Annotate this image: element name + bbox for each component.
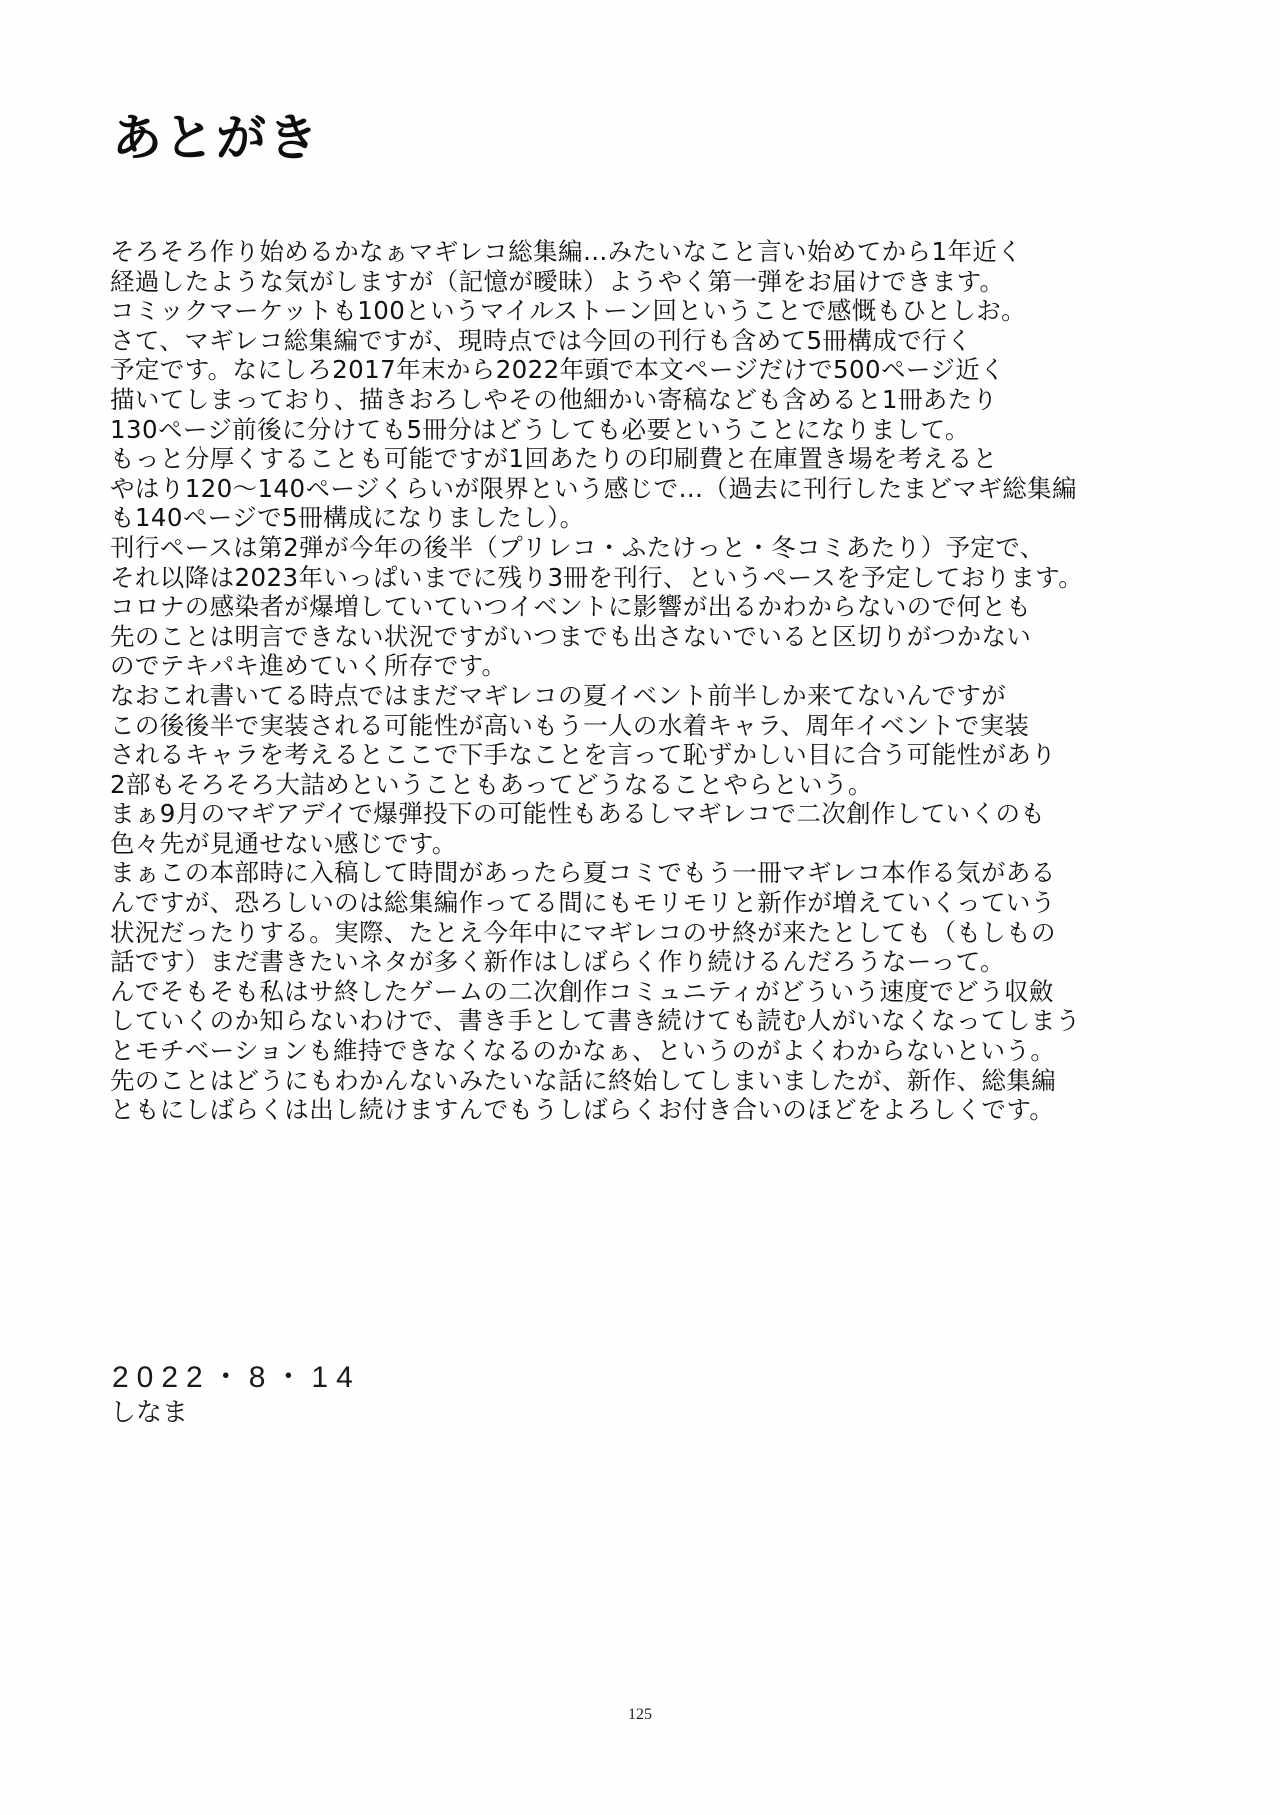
body-line: していくのか知らないわけで、書き手として書き続けても読む人がいなくなってしまう [110,1006,1190,1036]
body-line: 刊行ペースは第2弾が今年の後半（プリレコ・ふたけっと・冬コミあたり）予定で、 [110,533,1190,563]
body-line: コロナの感染者が爆増していていつイベントに影響が出るかわからないので何とも [110,592,1190,622]
body-line: コミックマーケットも100というマイルストーン回ということで感慨もひとしお。 [110,296,1190,326]
afterword-body: そろそろ作り始めるかなぁマギレコ総集編…みたいなこと言い始めてから1年近く 経過… [110,237,1190,1125]
body-line: そろそろ作り始めるかなぁマギレコ総集編…みたいなこと言い始めてから1年近く [110,237,1190,267]
body-line: 描いてしまっており、描きおろしやその他細かい寄稿なども含めると1冊あたり [110,385,1190,415]
body-line: 2部もそろそろ大詰めということもあってどうなることやらという。 [110,770,1190,800]
body-line: まぁ9月のマギアデイで爆弾投下の可能性もあるしマギレコで二次創作していくのも [110,799,1190,829]
page-number: 125 [0,1705,1280,1725]
document-page: あとがき そろそろ作り始めるかなぁマギレコ総集編…みたいなこと言い始めてから1年… [0,0,1280,1815]
body-line: もっと分厚くすることも可能ですが1回あたりの印刷費と在庫置き場を考えると [110,444,1190,474]
body-line: なおこれ書いてる時点ではまだマギレコの夏イベント前半しか来てないんですが [110,681,1190,711]
body-line: 予定です。なにしろ2017年末から2022年頭で本文ページだけで500ページ近く [110,355,1190,385]
body-line: 先のことは明言できない状況ですがいつまでも出さないでいると区切りがつかない [110,622,1190,652]
body-line: 先のことはどうにもわかんないみたいな話に終始してしまいましたが、新作、総集編 [110,1066,1190,1096]
page-title: あとがき [112,108,320,168]
body-line: 話です）まだ書きたいネタが多く新作はしばらく作り続けるんだろうなーって。 [110,947,1190,977]
body-line: 130ページ前後に分けても5冊分はどうしても必要ということになりまして。 [110,415,1190,445]
body-line: んですが、恐ろしいのは総集編作ってる間にもモリモリと新作が増えていくっていう [110,888,1190,918]
body-line: それ以降は2023年いっぱいまでに残り3冊を刊行、というペースを予定しております… [110,563,1190,593]
body-line: のでテキパキ進めていく所存です。 [110,651,1190,681]
body-line: まぁこの本部時に入稿して時間があったら夏コミでもう一冊マギレコ本作る気がある [110,858,1190,888]
signature-date: 2022・8・14 [112,1360,361,1396]
body-line: 状況だったりする。実際、たとえ今年中にマギレコのサ終が来たとしても（もしもの [110,918,1190,948]
body-line: この後後半で実装される可能性が高いもう一人の水着キャラ、周年イベントで実装 [110,711,1190,741]
author-name: しなま [110,1397,188,1429]
body-line: されるキャラを考えるとここで下手なことを言って恥ずかしい目に合う可能性があり [110,740,1190,770]
body-line: とモチベーションも維持できなくなるのかなぁ、というのがよくわからないという。 [110,1036,1190,1066]
body-line: 色々先が見通せない感じです。 [110,829,1190,859]
body-line: も140ページで5冊構成になりましたし）。 [110,503,1190,533]
body-line: ともにしばらくは出し続けますんでもうしばらくお付き合いのほどをよろしくです。 [110,1095,1190,1125]
body-line: さて、マギレコ総集編ですが、現時点では今回の刊行も含めて5冊構成で行く [110,326,1190,356]
body-line: んでそもそも私はサ終したゲームの二次創作コミュニティがどういう速度でどう収斂 [110,977,1190,1007]
body-line: 経過したような気がしますが（記憶が曖昧）ようやく第一弾をお届けできます。 [110,267,1190,297]
body-line: やはり120～140ページくらいが限界という感じで…（過去に刊行したまどマギ総集… [110,474,1190,504]
